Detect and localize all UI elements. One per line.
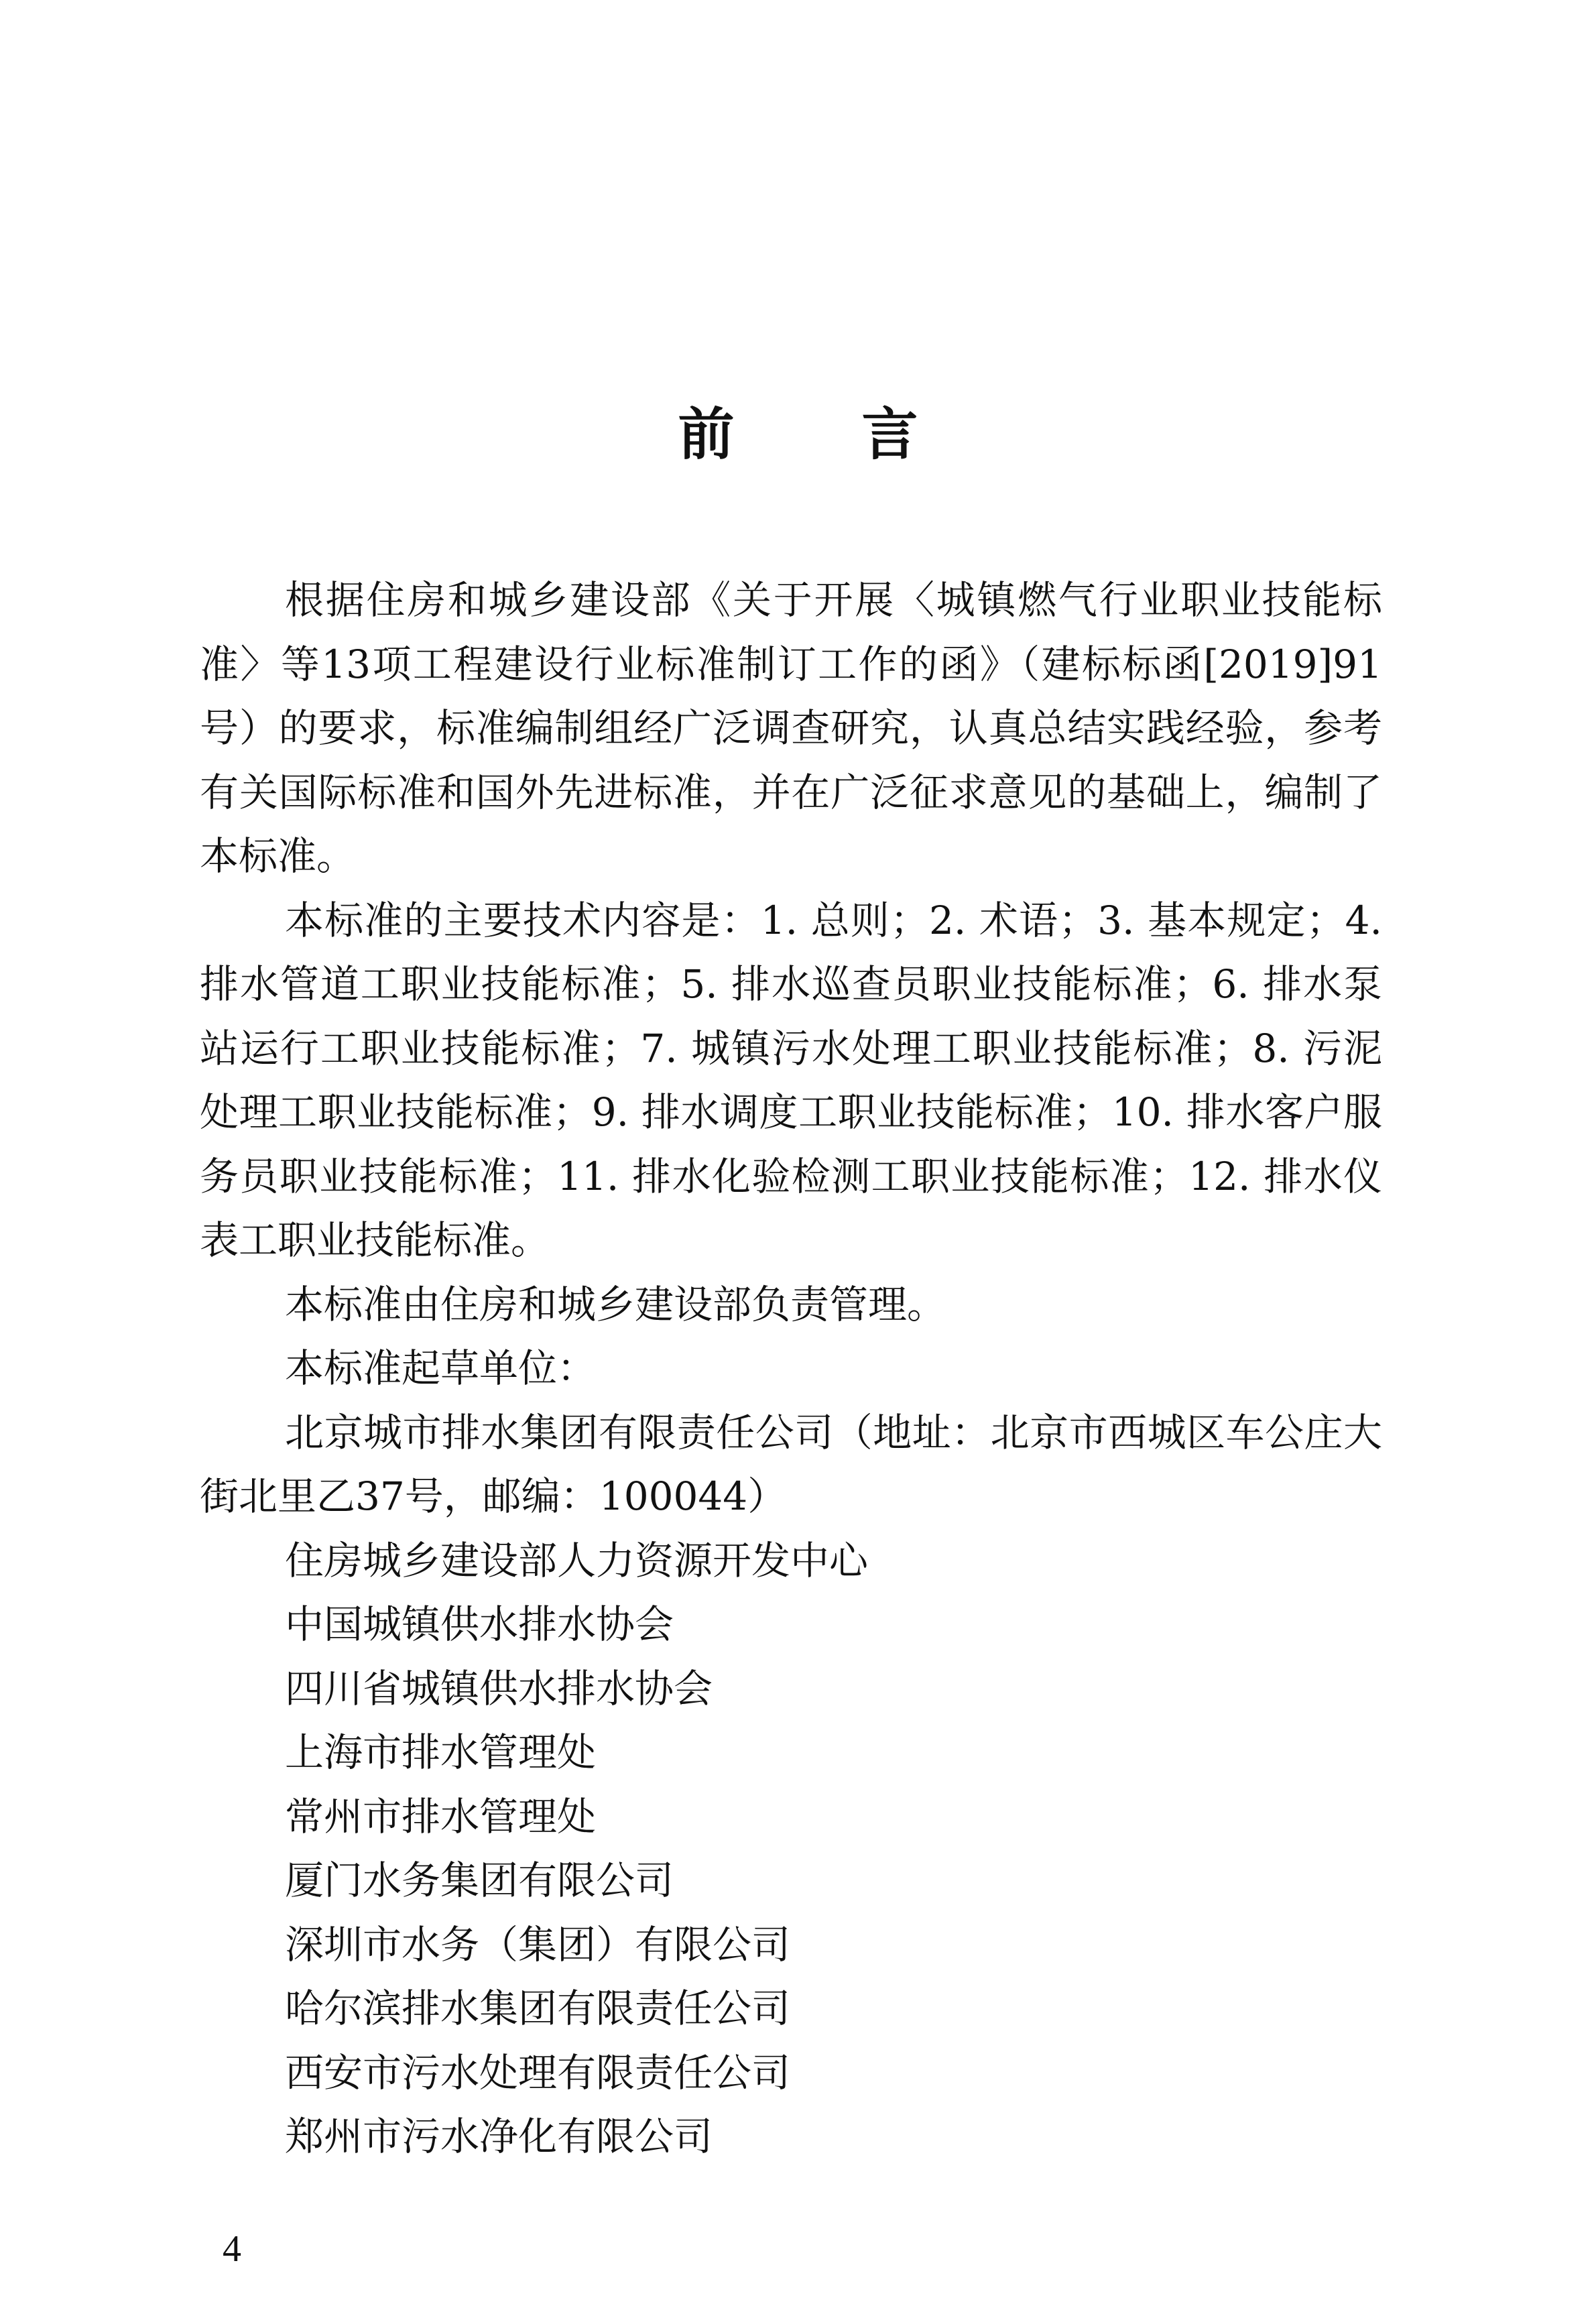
drafting-unit-item: 深圳市水务（集团）有限公司 bbox=[200, 1913, 1382, 1978]
drafting-unit-item: 中国城镇供水排水协会 bbox=[200, 1593, 1382, 1657]
paragraph-management: 本标准由住房和城乡建设部负责管理。 bbox=[200, 1273, 1382, 1337]
preface-body: 根据住房和城乡建设部《关于开展〈城镇燃气行业职业技能标准〉等13项工程建设行业标… bbox=[200, 568, 1382, 2169]
drafting-unit-item: 郑州市污水净化有限公司 bbox=[200, 2105, 1382, 2169]
paragraph-chief-drafting-unit: 北京城市排水集团有限责任公司（地址：北京市西城区车公庄大街北里乙37号，邮编：1… bbox=[200, 1401, 1382, 1529]
drafting-unit-item: 上海市排水管理处 bbox=[200, 1721, 1382, 1785]
page-title: 前言 bbox=[0, 401, 1596, 468]
drafting-unit-item: 厦门水务集团有限公司 bbox=[200, 1849, 1382, 1913]
drafting-unit-item: 四川省城镇供水排水协会 bbox=[200, 1657, 1382, 1721]
title-char-1: 前 bbox=[678, 401, 734, 468]
paragraph-main-contents: 本标准的主要技术内容是：1. 总则；2. 术语；3. 基本规定；4. 排水管道工… bbox=[200, 889, 1382, 1273]
paragraph-basis: 根据住房和城乡建设部《关于开展〈城镇燃气行业职业技能标准〉等13项工程建设行业标… bbox=[200, 568, 1382, 889]
page-number: 4 bbox=[223, 2226, 241, 2272]
title-char-2: 言 bbox=[862, 401, 918, 468]
drafting-unit-item: 西安市污水处理有限责任公司 bbox=[200, 2041, 1382, 2106]
paragraph-drafting-units-heading: 本标准起草单位： bbox=[200, 1337, 1382, 1401]
drafting-unit-item: 常州市排水管理处 bbox=[200, 1785, 1382, 1849]
drafting-unit-item: 哈尔滨排水集团有限责任公司 bbox=[200, 1977, 1382, 2041]
document-page: 前言 根据住房和城乡建设部《关于开展〈城镇燃气行业职业技能标准〉等13项工程建设… bbox=[0, 0, 1596, 2310]
drafting-unit-item: 住房城乡建设部人力资源开发中心 bbox=[200, 1529, 1382, 1593]
